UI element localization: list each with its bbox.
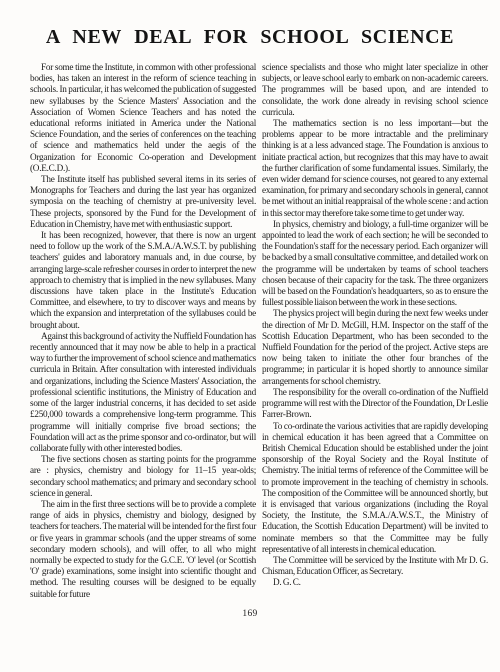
paragraph: The Institute itself has published sever… xyxy=(30,174,256,230)
page-number: 169 xyxy=(0,609,500,619)
paragraph: The aim in the first three sections will… xyxy=(30,499,256,600)
paragraph: In physics, chemistry and biology, a ful… xyxy=(262,219,488,309)
paragraph: To co-ordinate the various activities th… xyxy=(262,421,488,555)
article-body: For some time the Institute, in common w… xyxy=(0,49,500,600)
paragraph: Against this background of activity the … xyxy=(30,331,256,454)
paragraph: The Committee will be serviced by the In… xyxy=(262,555,488,577)
author-initials: D. G. C. xyxy=(262,577,488,588)
paragraph: It has been recognized, however, that th… xyxy=(30,230,256,331)
paragraph: The five sections chosen as starting poi… xyxy=(30,454,256,499)
paragraph: science specialists and those who might … xyxy=(262,62,488,118)
article-left-column: For some time the Institute, in common w… xyxy=(30,62,256,600)
paragraph: The mathematics section is no less impor… xyxy=(262,118,488,219)
page-title: A NEW DEAL FOR SCHOOL SCIENCE xyxy=(10,26,490,49)
paragraph: The responsibility for the overall co-or… xyxy=(262,387,488,421)
journal-page: A NEW DEAL FOR SCHOOL SCIENCE For some t… xyxy=(0,0,500,672)
paragraph: The physics project will begin during th… xyxy=(262,308,488,386)
paragraph: For some time the Institute, in common w… xyxy=(30,62,256,174)
article-right-column: science specialists and those who might … xyxy=(262,62,488,600)
